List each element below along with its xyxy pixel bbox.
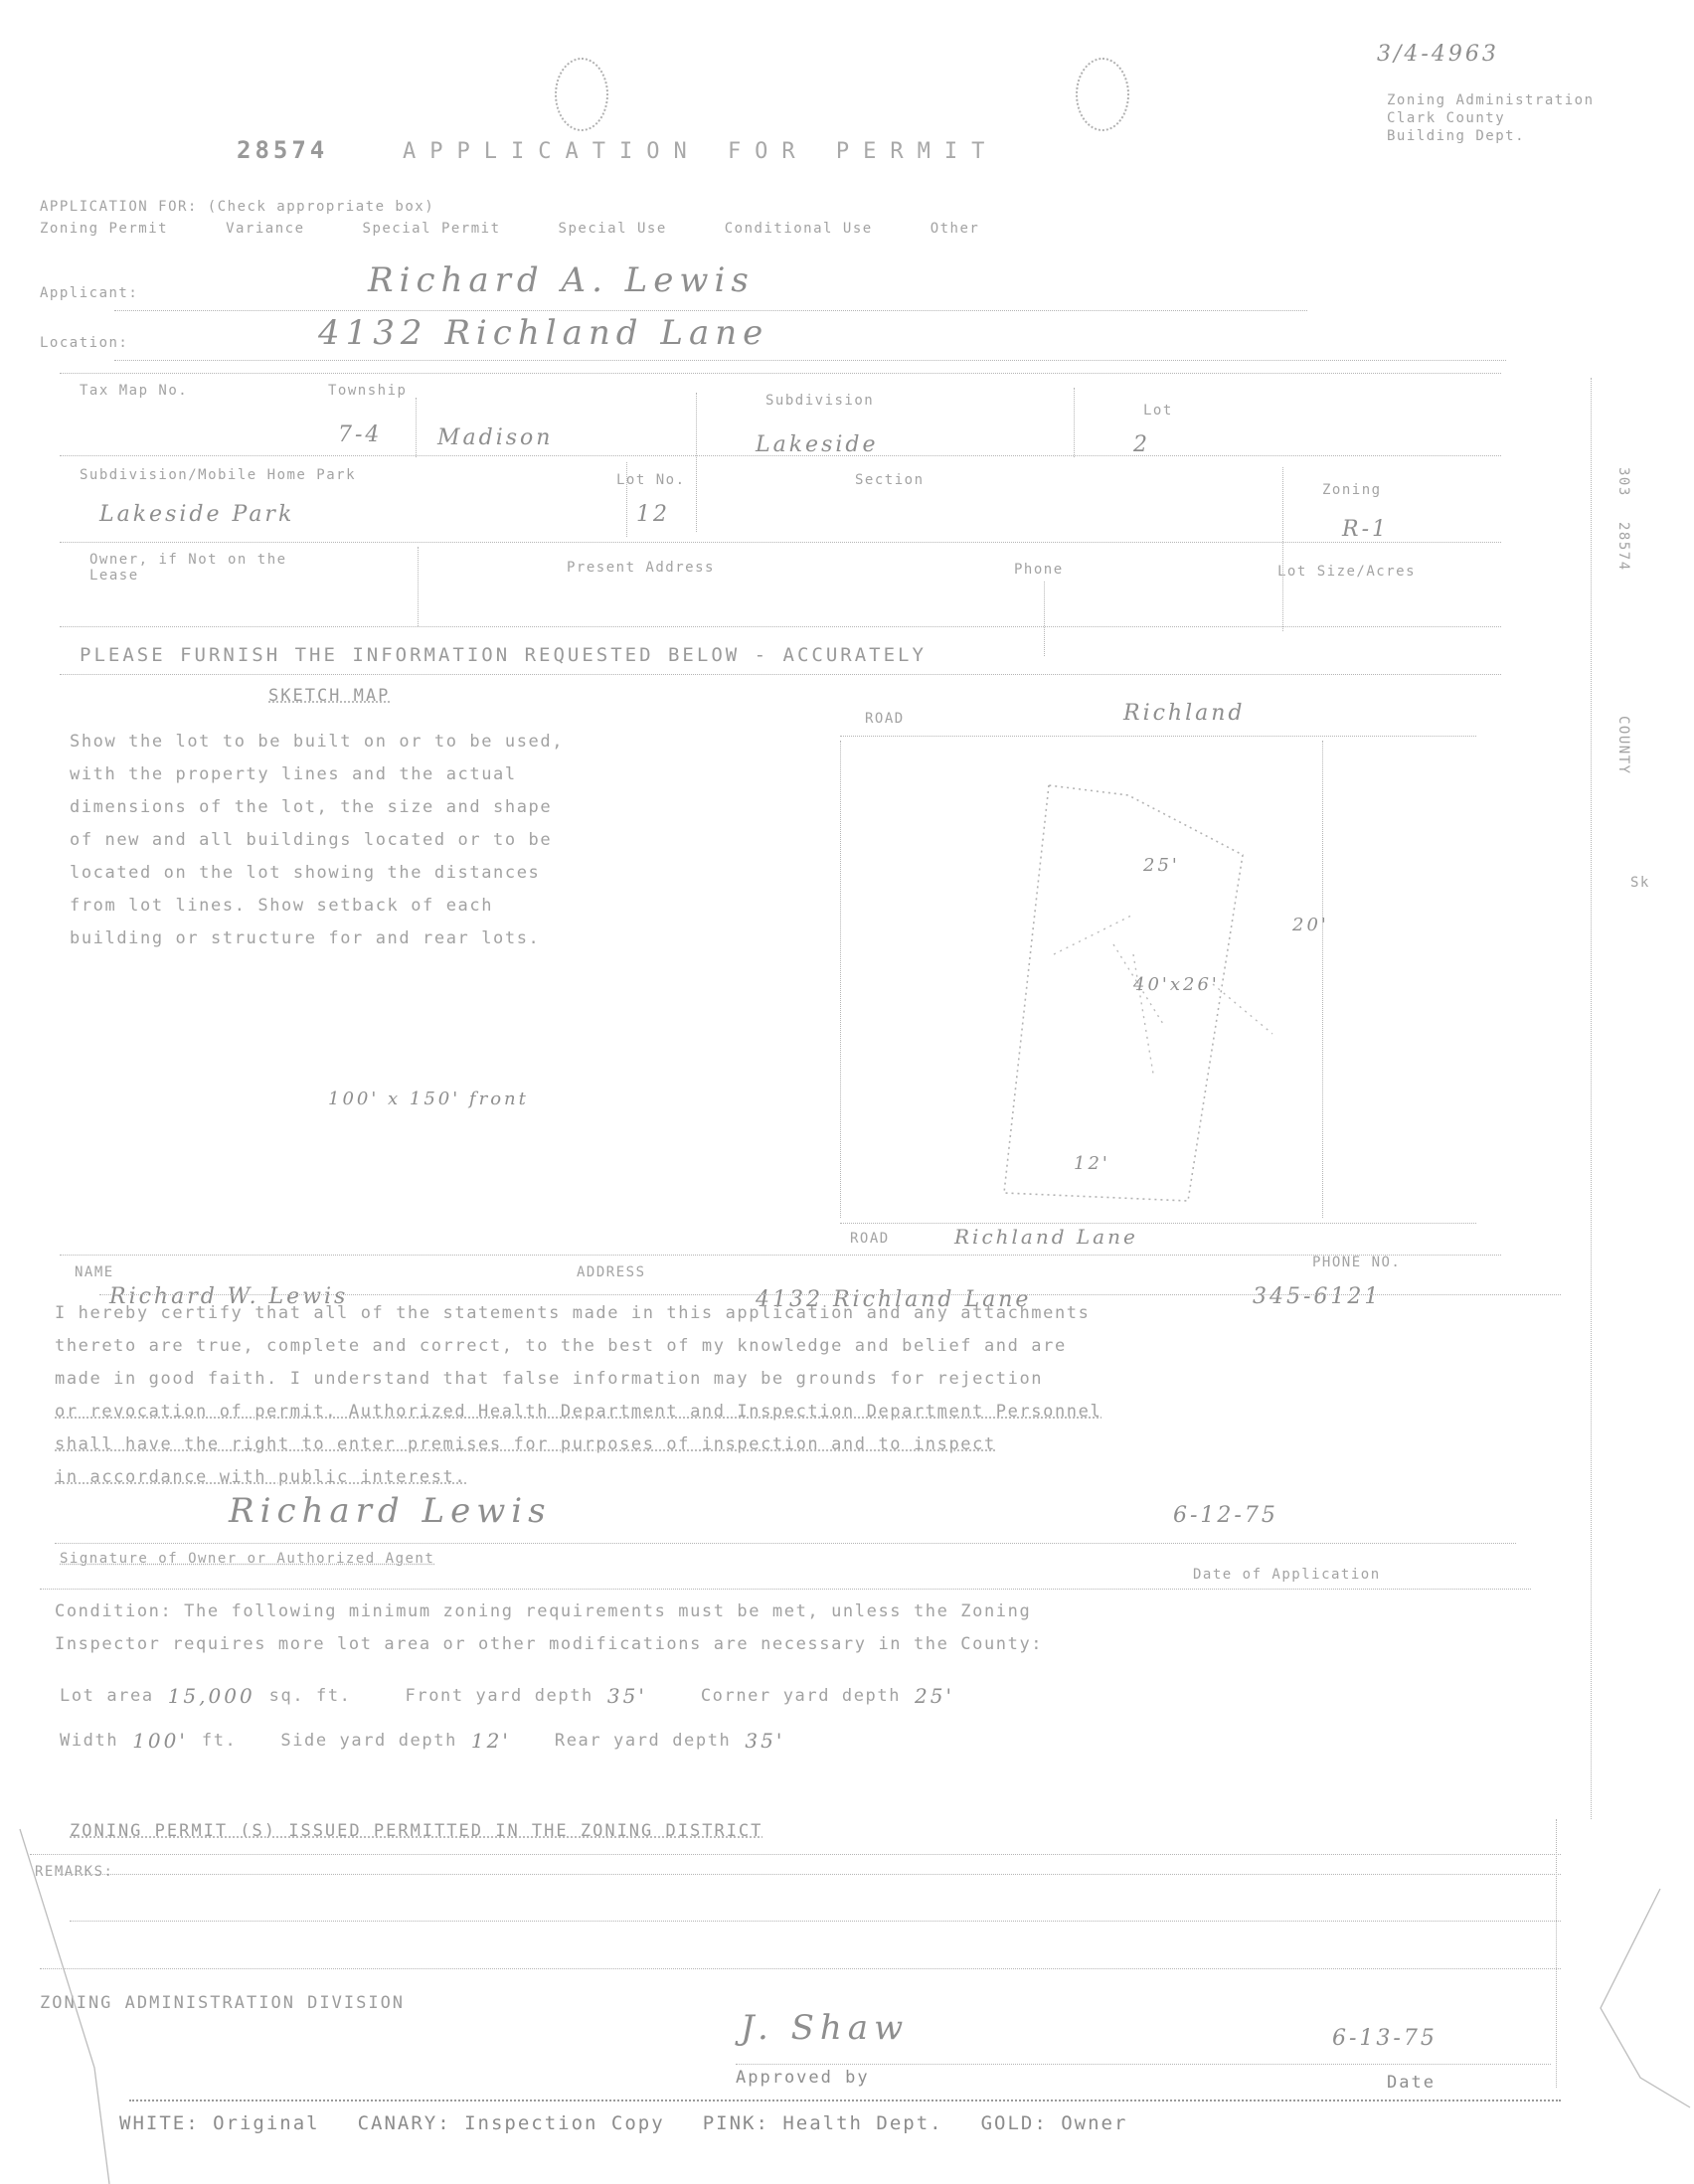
option-special-use[interactable]: Special Use xyxy=(559,221,667,237)
table-value-lot-no[interactable]: 12 xyxy=(636,502,670,527)
phone-value[interactable]: 345-6121 xyxy=(1253,1284,1381,1309)
applicant-underline xyxy=(114,310,1307,311)
table-divider xyxy=(1282,467,1283,631)
road-label-bottom: ROAD xyxy=(850,1231,890,1247)
sketch-mark: 20' xyxy=(1292,915,1329,935)
corner-yard-value[interactable]: 25' xyxy=(915,1680,954,1713)
date-label: Date of Application xyxy=(1193,1567,1381,1583)
address-label: ADDRESS xyxy=(577,1264,646,1280)
permit-note: ZONING PERMIT (S) ISSUED PERMITTED IN TH… xyxy=(70,1821,762,1841)
certification-line: in accordance with public interest. xyxy=(55,1461,1101,1494)
stamp-block: Zoning Administration Clark County Build… xyxy=(1387,91,1595,145)
width-unit: ft. xyxy=(202,1725,238,1758)
certification-line: I hereby certify that all of the stateme… xyxy=(55,1297,1101,1330)
table-header: Township xyxy=(328,383,407,399)
location-label: Location: xyxy=(40,335,128,351)
rear-yard-label: Rear yard depth xyxy=(555,1725,732,1758)
stamp-line: Zoning Administration xyxy=(1387,91,1595,109)
paper-edge-left xyxy=(0,1819,139,2184)
location-value[interactable]: 4132 Richland Lane xyxy=(318,313,768,353)
table-divider xyxy=(1074,388,1075,457)
table-header: Section xyxy=(855,472,925,488)
option-variance[interactable]: Variance xyxy=(226,221,304,237)
setback-row-2: Width 100' ft. Side yard depth 12' Rear … xyxy=(60,1725,784,1758)
stamp-line: Building Dept. xyxy=(1387,127,1595,145)
application-type-label: APPLICATION FOR: (Check appropriate box) xyxy=(40,199,434,215)
table-value-subdivision[interactable]: Lakeside xyxy=(756,432,879,457)
lot-area-unit: sq. ft. xyxy=(269,1680,352,1713)
approval-line xyxy=(736,2064,1551,2065)
sketch-road-bottom xyxy=(840,1223,1476,1224)
sketch-border-left xyxy=(840,741,841,1218)
remarks-line xyxy=(60,1874,1561,1875)
corner-yard-label: Corner yard depth xyxy=(701,1680,901,1713)
front-yard-value[interactable]: 35' xyxy=(607,1680,647,1713)
table-value-zoning[interactable]: R-1 xyxy=(1342,517,1389,542)
signature-line xyxy=(55,1543,1516,1544)
punch-hole-icon xyxy=(1076,58,1129,131)
punch-hole-icon xyxy=(555,58,608,131)
table-divider xyxy=(416,398,417,457)
table-header: Phone xyxy=(1014,562,1064,578)
table-header: Lot xyxy=(1143,403,1173,419)
setback-text-line: Condition: The following minimum zoning … xyxy=(55,1596,1043,1628)
table-value-park[interactable]: Lakeside Park xyxy=(99,502,294,527)
sketch-mark: 12' xyxy=(1074,1153,1110,1174)
form-title: APPLICATION FOR PERMIT xyxy=(403,139,998,164)
table-value-lot[interactable]: 2 xyxy=(1133,432,1150,457)
row-divider xyxy=(60,1255,1501,1256)
footer-top-line xyxy=(129,2100,1561,2101)
side-yard-label: Side yard depth xyxy=(280,1725,457,1758)
application-type-options: Zoning Permit Variance Special Permit Sp… xyxy=(40,221,979,237)
lot-area-label: Lot area xyxy=(60,1680,154,1713)
table-value-township[interactable]: Madison xyxy=(437,425,553,450)
approval-date-label: Date xyxy=(1387,2073,1436,2093)
approved-by-label: Approved by xyxy=(736,2068,870,2088)
copy-gold: GOLD: Owner xyxy=(981,2112,1128,2134)
copy-distribution: WHITE: Original CANARY: Inspection Copy … xyxy=(119,2112,1127,2134)
option-other[interactable]: Other xyxy=(931,221,980,237)
rear-yard-value[interactable]: 35' xyxy=(745,1725,784,1758)
name-label: NAME xyxy=(75,1264,114,1280)
table-border-top xyxy=(60,373,1501,374)
owner-signature[interactable]: Richard Lewis xyxy=(229,1491,552,1531)
road-note-top: Richland xyxy=(1123,701,1246,726)
copy-canary: CANARY: Inspection Copy xyxy=(358,2112,665,2134)
road-label-top: ROAD xyxy=(865,711,905,727)
sketch-instructions: Show the lot to be built on or to be use… xyxy=(70,726,567,955)
margin-mark: 28574 xyxy=(1615,522,1631,572)
front-yard-label: Front yard depth xyxy=(406,1680,593,1713)
location-underline xyxy=(114,360,1506,361)
stamp-line: Clark County xyxy=(1387,109,1595,127)
divider xyxy=(30,1854,1561,1855)
table-divider xyxy=(1044,582,1045,656)
permit-number: 28574 xyxy=(237,136,328,164)
table-header: Present Address xyxy=(567,560,715,576)
width-value[interactable]: 100' xyxy=(132,1725,188,1758)
stamp-number: 3/4-4963 xyxy=(1377,42,1499,67)
setback-text-line: Inspector requires more lot area or othe… xyxy=(55,1628,1043,1661)
sketch-road-top xyxy=(840,736,1476,737)
sketch-side-note: 100' x 150' front xyxy=(328,1089,529,1109)
paper-edge-right xyxy=(1581,1879,1694,2184)
sketch-mark: 25' xyxy=(1143,855,1180,876)
table-divider xyxy=(626,462,627,537)
certification-line: thereto are true, complete and correct, … xyxy=(55,1330,1101,1363)
margin-mark: Sk xyxy=(1630,875,1650,891)
table-row-divider xyxy=(60,542,1501,543)
table-divider xyxy=(418,547,419,626)
table-value-tax-map[interactable]: 7-4 xyxy=(338,422,382,447)
table-header: Owner, if Not on the Lease xyxy=(89,552,308,584)
sketch-heading: SKETCH MAP xyxy=(268,686,390,706)
table-header: Lot Size/Acres xyxy=(1277,564,1416,580)
side-yard-value[interactable]: 12' xyxy=(471,1725,511,1758)
application-date-value[interactable]: 6-12-75 xyxy=(1173,1503,1278,1528)
road-note-bottom: Richland Lane xyxy=(954,1225,1138,1249)
table-header: Zoning xyxy=(1322,482,1382,498)
table-header: Subdivision/Mobile Home Park xyxy=(80,467,356,483)
form-border-right xyxy=(1556,1819,1557,2088)
margin-mark: 303 xyxy=(1615,467,1631,497)
table-divider xyxy=(696,393,697,532)
setback-conditions: Condition: The following minimum zoning … xyxy=(55,1596,1043,1661)
table-header: Tax Map No. xyxy=(80,383,188,399)
row-underline xyxy=(99,1294,1561,1295)
option-zoning-permit[interactable]: Zoning Permit xyxy=(40,221,168,237)
certification-line: shall have the right to enter premises f… xyxy=(55,1428,1101,1461)
phone-label: PHONE NO. xyxy=(1312,1255,1401,1270)
section-heading: PLEASE FURNISH THE INFORMATION REQUESTED… xyxy=(80,644,927,666)
option-conditional-use[interactable]: Conditional Use xyxy=(725,221,873,237)
applicant-value[interactable]: Richard A. Lewis xyxy=(368,260,755,300)
table-row-divider xyxy=(60,455,1501,456)
sketch-building-label: 40'x26' xyxy=(1133,974,1220,995)
setback-row-1: Lot area 15,000 sq. ft. Front yard depth… xyxy=(60,1680,954,1713)
remarks-line xyxy=(70,1921,1561,1922)
certification-line: or revocation of permit. Authorized Heal… xyxy=(55,1396,1101,1428)
certification-text: I hereby certify that all of the stateme… xyxy=(55,1297,1101,1494)
table-header: Subdivision xyxy=(765,393,874,409)
lot-area-value[interactable]: 15,000 xyxy=(168,1680,255,1713)
table-border-bottom xyxy=(60,626,1501,627)
margin-mark: COUNTY xyxy=(1615,716,1631,775)
certification-line: made in good faith. I understand that fa… xyxy=(55,1363,1101,1396)
applicant-label: Applicant: xyxy=(40,285,138,301)
divider xyxy=(40,1589,1531,1590)
approval-date-value[interactable]: 6-13-75 xyxy=(1332,2026,1438,2051)
remarks-line xyxy=(40,1968,1561,1969)
width-label: Width xyxy=(60,1725,118,1758)
copy-pink: PINK: Health Dept. xyxy=(703,2112,943,2134)
section-heading-underline xyxy=(60,674,1501,675)
approved-by-signature[interactable]: J. Shaw xyxy=(741,2008,909,2048)
copy-white: WHITE: Original xyxy=(119,2112,320,2134)
margin-line xyxy=(1591,378,1592,1819)
signature-label: Signature of Owner or Authorized Agent xyxy=(60,1551,434,1567)
option-special-permit[interactable]: Special Permit xyxy=(363,221,501,237)
